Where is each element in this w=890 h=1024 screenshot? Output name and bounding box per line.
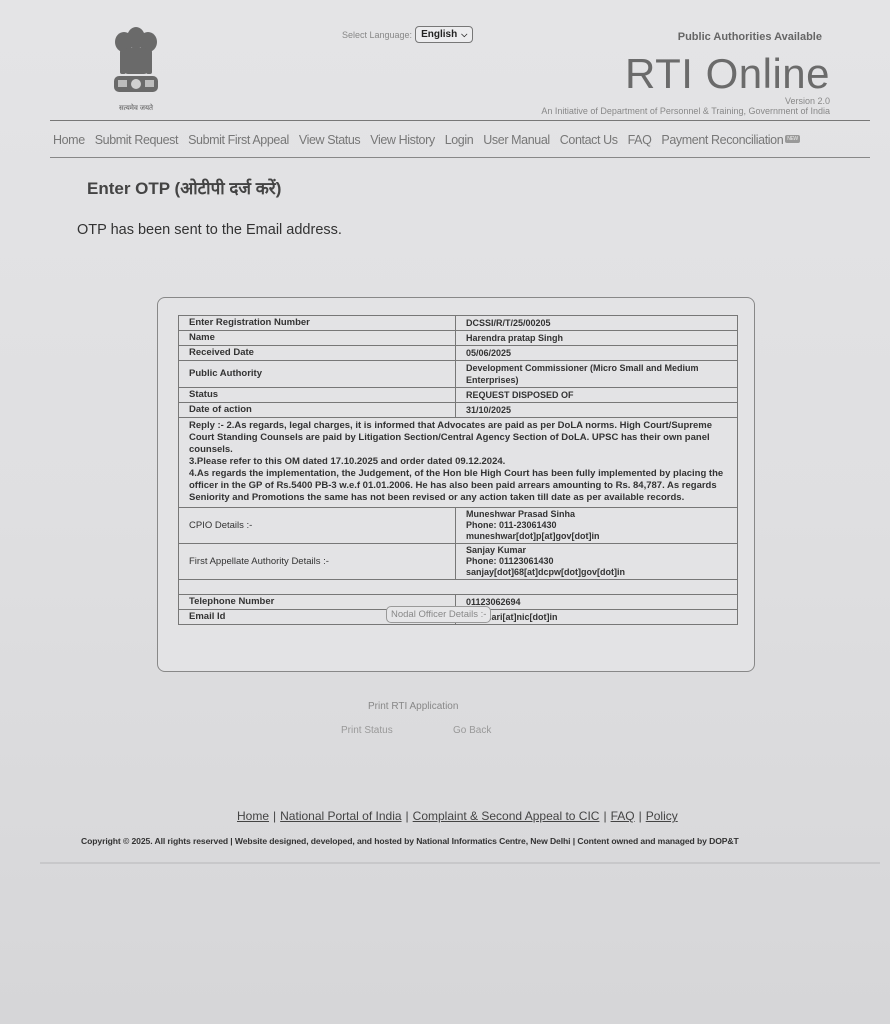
registration-number-label: Enter Registration Number	[179, 316, 456, 331]
footer-links: Home | National Portal of India | Compla…	[237, 809, 678, 823]
status-label: Status	[179, 388, 456, 403]
footer-separator: |	[273, 809, 276, 823]
version-label: Version 2.0	[785, 96, 830, 106]
table-row: CPIO Details :- Muneshwar Prasad Sinha P…	[179, 508, 738, 544]
name-label: Name	[179, 331, 456, 346]
header-divider	[50, 120, 870, 121]
nodal-officer-details-button[interactable]: Nodal Officer Details :-	[386, 606, 491, 623]
faa-details-label: First Appellate Authority Details :-	[179, 544, 456, 580]
footer-separator: |	[603, 809, 606, 823]
faa-details-value: Sanjay Kumar Phone: 01123061430 sanjay[d…	[456, 544, 738, 580]
footer-link-faq[interactable]: FAQ	[611, 809, 635, 823]
reply-paragraph: Reply :- 2.As regards, legal charges, it…	[189, 420, 727, 456]
request-details-table: Enter Registration Number DCSSI/R/T/25/0…	[178, 315, 738, 625]
copyright-text: Copyright © 2025. All rights reserved | …	[81, 836, 739, 846]
reply-paragraph: 3.Please refer to this OM dated 17.10.20…	[189, 456, 727, 468]
print-status-link[interactable]: Print Status	[341, 725, 393, 736]
nav-contact-us[interactable]: Contact Us	[560, 133, 618, 147]
public-authorities-link[interactable]: Public Authorities Available	[678, 31, 822, 43]
nav-faq[interactable]: FAQ	[628, 133, 652, 147]
date-of-action-value: 31/10/2025	[456, 403, 738, 418]
print-rti-application-link[interactable]: Print RTI Application	[368, 701, 458, 712]
national-emblem-logo: सत्यमेव जयते	[104, 24, 168, 116]
footer-separator: |	[639, 809, 642, 823]
nav-payment-reconciliation[interactable]: Payment Reconciliation NEW	[661, 133, 799, 147]
otp-sent-message: OTP has been sent to the Email address.	[77, 222, 342, 238]
table-row	[179, 580, 738, 595]
table-row: First Appellate Authority Details :- San…	[179, 544, 738, 580]
footer-separator: |	[406, 809, 409, 823]
received-date-value: 05/06/2025	[456, 346, 738, 361]
date-of-action-label: Date of action	[179, 403, 456, 418]
nav-divider	[50, 157, 870, 158]
table-row: Status REQUEST DISPOSED OF	[179, 388, 738, 403]
new-badge: NEW	[785, 135, 799, 143]
footer-link-home[interactable]: Home	[237, 809, 269, 823]
nav-view-status[interactable]: View Status	[299, 133, 360, 147]
cpio-name: Muneshwar Prasad Sinha	[466, 509, 727, 520]
main-nav: Home Submit Request Submit First Appeal …	[53, 133, 800, 147]
language-selector: Select Language: English ⌵	[342, 26, 473, 43]
paper-fold	[40, 862, 880, 864]
language-label: Select Language:	[342, 30, 412, 40]
request-details-panel: Enter Registration Number DCSSI/R/T/25/0…	[157, 297, 755, 672]
table-row: Date of action 31/10/2025	[179, 403, 738, 418]
faa-name: Sanjay Kumar	[466, 545, 727, 556]
footer-link-policy[interactable]: Policy	[646, 809, 678, 823]
cpio-details-value: Muneshwar Prasad Sinha Phone: 011-230614…	[456, 508, 738, 544]
email-value: skeshari[at]nic[dot]in	[456, 610, 738, 625]
reply-text: Reply :- 2.As regards, legal charges, it…	[179, 418, 738, 508]
language-dropdown[interactable]: English ⌵	[415, 26, 473, 43]
app-title: RTI Online	[625, 50, 830, 98]
table-row: Reply :- 2.As regards, legal charges, it…	[179, 418, 738, 508]
faa-phone: Phone: 01123061430	[466, 556, 727, 567]
table-row: Public Authority Development Commissione…	[179, 361, 738, 388]
table-row: Name Harendra pratap Singh	[179, 331, 738, 346]
nav-submit-first-appeal[interactable]: Submit First Appeal	[188, 133, 289, 147]
table-row: Enter Registration Number DCSSI/R/T/25/0…	[179, 316, 738, 331]
nav-home[interactable]: Home	[53, 133, 85, 147]
table-row: Received Date 05/06/2025	[179, 346, 738, 361]
ashoka-emblem-icon	[104, 24, 168, 104]
emblem-motto: सत्यमेव जयते	[104, 104, 168, 113]
reply-paragraph: 4.As regards the implementation, the Jud…	[189, 468, 727, 504]
chevron-down-icon: ⌵	[461, 30, 467, 40]
public-authority-value: Development Commissioner (Micro Small an…	[456, 361, 738, 388]
nav-submit-request[interactable]: Submit Request	[95, 133, 178, 147]
nav-view-history[interactable]: View History	[370, 133, 434, 147]
registration-number-value: DCSSI/R/T/25/00205	[456, 316, 738, 331]
nav-user-manual[interactable]: User Manual	[483, 133, 549, 147]
initiative-tagline: An Initiative of Department of Personnel…	[541, 106, 830, 116]
cpio-phone: Phone: 011-23061430	[466, 520, 727, 531]
status-value: REQUEST DISPOSED OF	[456, 388, 738, 403]
footer-link-complaint-appeal-cic[interactable]: Complaint & Second Appeal to CIC	[413, 809, 600, 823]
cpio-details-label: CPIO Details :-	[179, 508, 456, 544]
faa-email: sanjay[dot]68[at]dcpw[dot]gov[dot]in	[466, 567, 727, 578]
page-title: Enter OTP (ओटीपी दर्ज करें)	[87, 176, 281, 199]
go-back-link[interactable]: Go Back	[453, 725, 491, 736]
nav-payment-reconciliation-label: Payment Reconciliation	[661, 133, 783, 147]
language-selected: English	[421, 29, 457, 40]
footer-link-national-portal[interactable]: National Portal of India	[280, 809, 401, 823]
name-value: Harendra pratap Singh	[456, 331, 738, 346]
cpio-email: muneshwar[dot]p[at]gov[dot]in	[466, 531, 727, 542]
public-authority-label: Public Authority	[179, 361, 456, 388]
nodal-officer-row	[179, 580, 738, 595]
received-date-label: Received Date	[179, 346, 456, 361]
telephone-value: 01123062694	[456, 595, 738, 610]
nav-login[interactable]: Login	[445, 133, 474, 147]
